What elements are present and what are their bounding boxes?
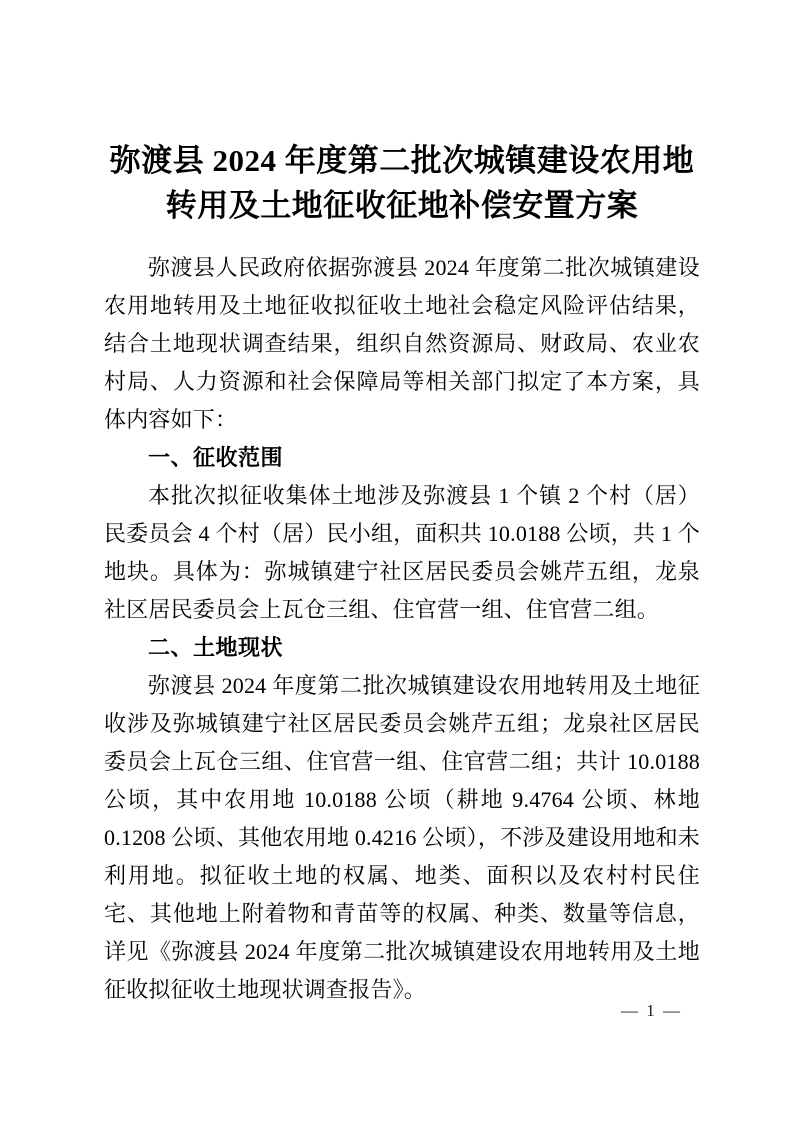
section-heading-land-status: 二、土地现状 (104, 629, 700, 667)
document-title-line-1: 弥渡县 2024 年度第二批次城镇建设农用地 (104, 138, 700, 183)
document-title: 弥渡县 2024 年度第二批次城镇建设农用地 转用及土地征收征地补偿安置方案 (104, 138, 700, 228)
section-paragraph-expropriation-scope: 本批次拟征收集体土地涉及弥渡县 1 个镇 2 个村（居）民委员会 4 个村（居）… (104, 477, 700, 629)
document-page: 弥渡县 2024 年度第二批次城镇建设农用地 转用及土地征收征地补偿安置方案 弥… (0, 0, 793, 1122)
page-number: — 1 — (621, 1000, 682, 1022)
section-paragraph-land-status: 弥渡县 2024 年度第二批次城镇建设农用地转用及土地征收涉及弥城镇建宁社区居民… (104, 667, 700, 1009)
section-heading-expropriation-scope: 一、征收范围 (104, 439, 700, 477)
intro-paragraph: 弥渡县人民政府依据弥渡县 2024 年度第二批次城镇建设农用地转用及土地征收拟征… (104, 249, 700, 439)
document-title-line-2: 转用及土地征收征地补偿安置方案 (104, 183, 700, 228)
